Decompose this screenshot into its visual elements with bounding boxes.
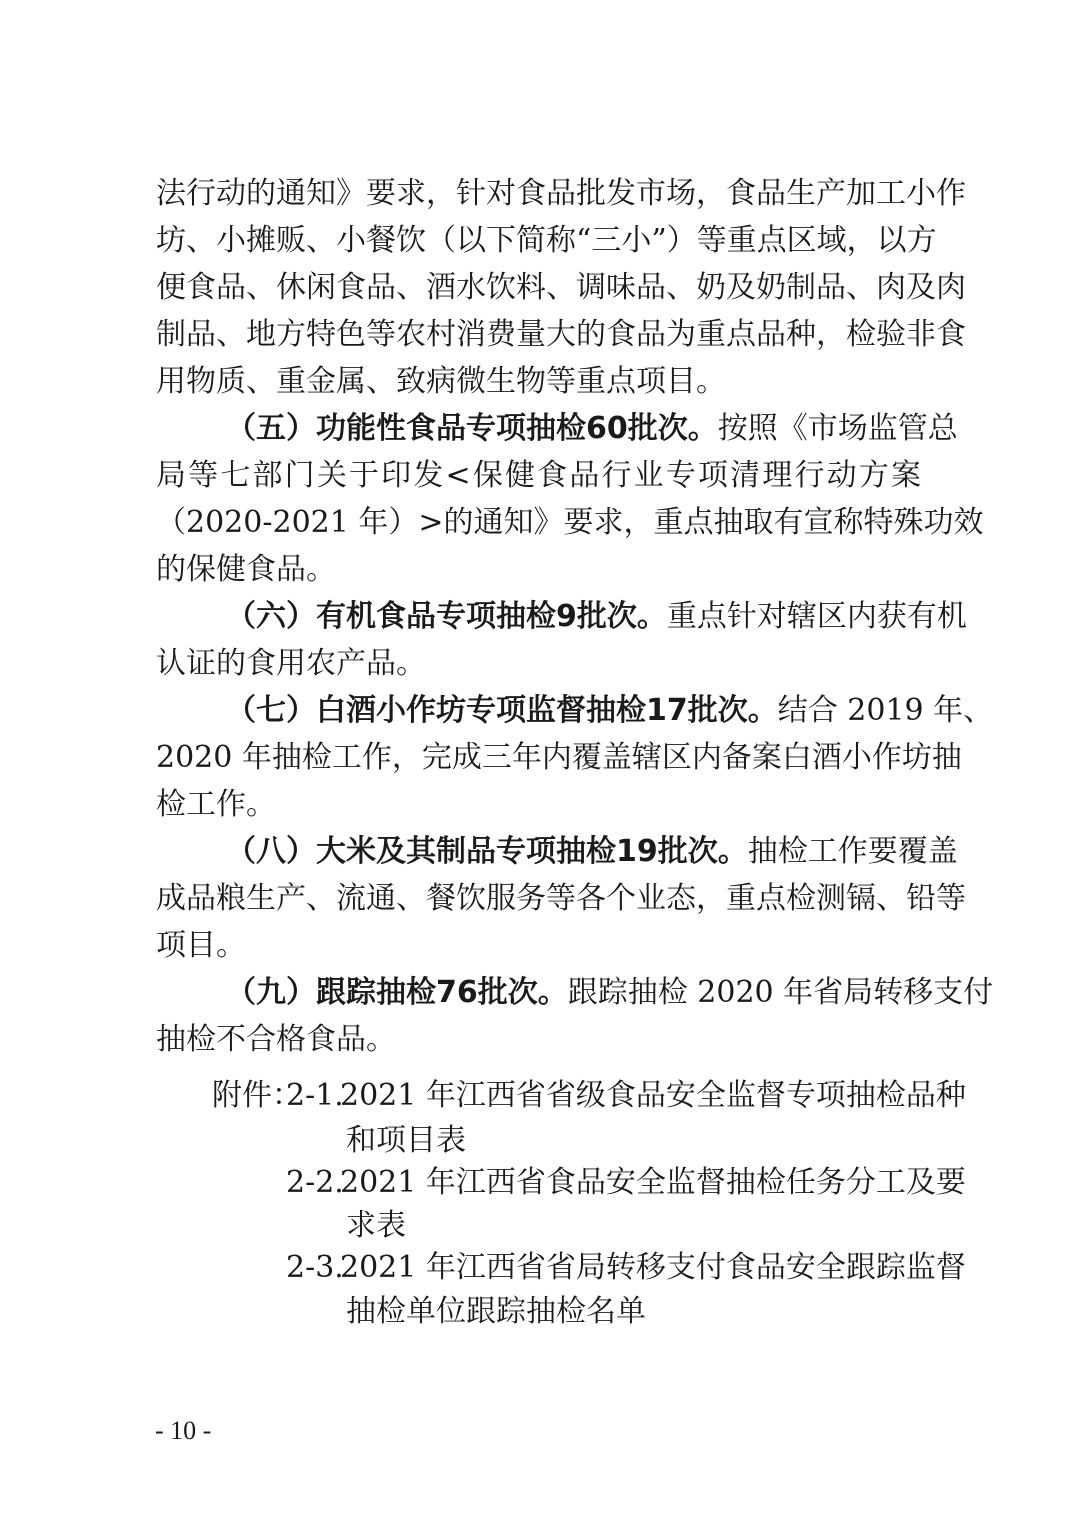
text-line: 用物质、重金属、致病微生物等重点项目。 (156, 358, 921, 405)
text-line: 制品、地方特色等农村消费量大的食品为重点品种，检验非食 (156, 311, 921, 358)
text-line: 成品粮生产、流通、餐饮服务等各个业态，重点检测镉、铅等 (156, 875, 921, 922)
attachment-number: 2-2. (286, 1159, 344, 1206)
attachment-title-cont: 抽检单位跟踪抽检名单 (346, 1288, 646, 1335)
text-line: 抽检不合格食品。 (156, 1016, 921, 1063)
text-line: 坊、小摊贩、小餐饮（以下简称“三小”）等重点区域，以方 (156, 217, 921, 264)
attachment-title: 2021 年江西省省局转移支付食品安全跟踪监督 (340, 1244, 932, 1291)
text-line: 认证的食用农产品。 (156, 640, 921, 687)
text-line: （八）大米及其制品专项抽检19批次。抽检工作要覆盖 (226, 828, 921, 875)
text-line: 便食品、休闲食品、酒水饮料、调味品、奶及奶制品、肉及肉 (156, 264, 921, 311)
text-line: 检工作。 (156, 781, 921, 828)
attachment-title-cont: 和项目表 (346, 1117, 466, 1164)
text-line: （五）功能性食品专项抽检60批次。按照《市场监管总 (226, 405, 921, 452)
text-line: 的保健食品。 (156, 546, 921, 593)
text-line: （2020-2021 年）>的通知》要求，重点抽取有宣称特殊功效 (156, 499, 921, 546)
item-heading: （五）功能性食品专项抽检60批次。 (226, 411, 718, 446)
document-page: 法行动的通知》要求，针对食品批发市场，食品生产加工小作 坊、小摊贩、小餐饮（以下… (0, 0, 1074, 1520)
text-line: 项目。 (156, 922, 921, 969)
text-line: 局等七部门关于印发<保健食品行业专项清理行动方案 (156, 452, 921, 499)
attachment-title-cont: 求表 (346, 1202, 406, 1249)
text-line: （九）跟踪抽检76批次。跟踪抽检 2020 年省局转移支付 (226, 969, 921, 1016)
text-line: 法行动的通知》要求，针对食品批发市场，食品生产加工小作 (156, 170, 921, 217)
item-heading: （六）有机食品专项抽检9批次。 (226, 599, 667, 634)
item-text: 跟踪抽检 2020 年省局转移支付 (568, 975, 993, 1010)
item-text: 重点针对辖区内获有机 (667, 599, 967, 634)
attachment-number: 2-3. (286, 1244, 344, 1291)
page-number: - 10 - (155, 1413, 211, 1449)
text-line: （六）有机食品专项抽检9批次。重点针对辖区内获有机 (226, 593, 921, 640)
attachment-title: 2021 年江西省食品安全监督抽检任务分工及要 (340, 1159, 932, 1206)
item-heading: （八）大米及其制品专项抽检19批次。 (226, 834, 748, 869)
attachment-number: 2-1. (286, 1072, 344, 1119)
item-text: 按照《市场监管总 (718, 411, 958, 446)
text-line: 2020 年抽检工作，完成三年内覆盖辖区内备案白酒小作坊抽 (156, 734, 921, 781)
item-heading: （七）白酒小作坊专项监督抽检17批次。 (226, 693, 778, 728)
text-line: （七）白酒小作坊专项监督抽检17批次。结合 2019 年、 (226, 687, 921, 734)
item-text: 结合 2019 年、 (778, 693, 993, 728)
item-text: 抽检工作要覆盖 (748, 834, 958, 869)
item-heading: （九）跟踪抽检76批次。 (226, 975, 568, 1010)
attachment-title: 2021 年江西省省级食品安全监督专项抽检品种 (340, 1072, 932, 1119)
